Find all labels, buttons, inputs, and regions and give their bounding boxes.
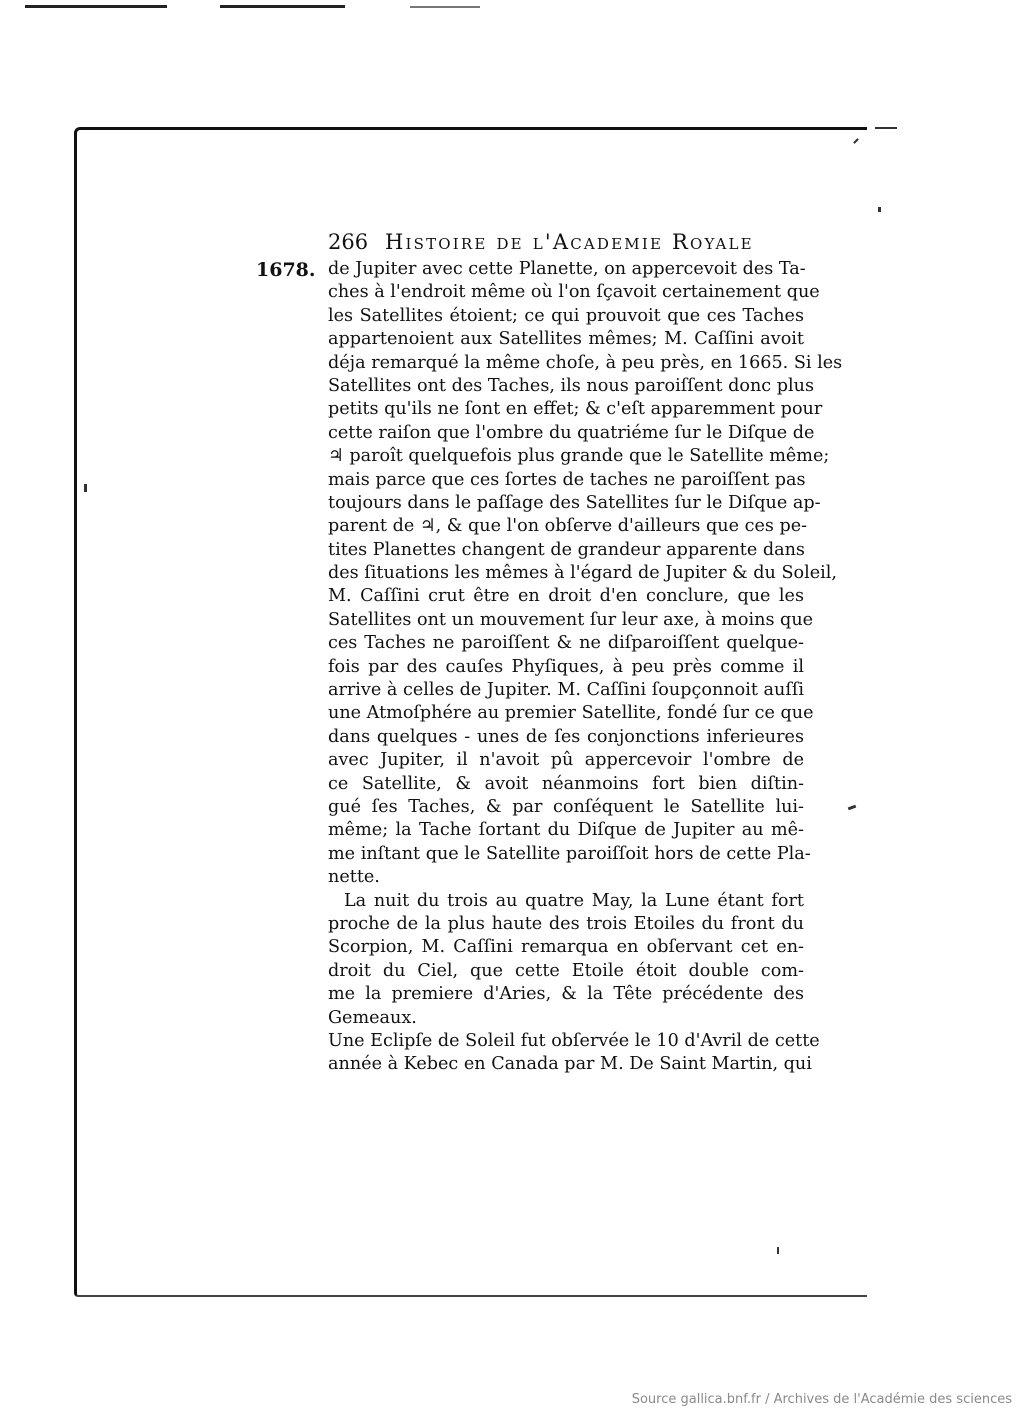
running-title: Histoire de l'Academie Royale [385,230,754,254]
text-line: me la premiere d'Aries, & la Tête précéd… [328,983,804,1006]
text-line: dans quelques - unes de ſes conjonctions… [328,726,804,749]
text-line: les Satellites étoient; ce qui prouvoit … [328,305,804,328]
scan-edge-rule [220,5,345,8]
page-number: 266 [328,230,368,254]
scan-speck [84,484,87,492]
paragraph-start-line: La nuit du trois au quatre May, la Lune … [328,890,804,913]
text-line: même; la Tache ſortant du Diſque de Jupi… [328,819,804,842]
text-line: arrive à celles de Jupiter. M. Caſſini ſ… [328,679,804,702]
text-line: parent de ♃, & que l'on obſerve d'ailleu… [328,515,804,538]
scan-edge-rule [25,5,167,8]
text-line: Satellites ont des Taches, ils nous paro… [328,375,804,398]
text-line: déja remarqué la même choſe, à peu près,… [328,352,804,375]
text-line: tites Planettes changent de grandeur app… [328,539,804,562]
text-line: une Atmoſphére au premier Satellite, fon… [328,702,804,725]
text-line: droit du Ciel, que cette Etoile étoit do… [328,960,804,983]
text-line: des ſituations les mêmes à l'égard de Ju… [328,562,804,585]
margin-year-note: 1678. [256,259,316,281]
source-credit: Source gallica.bnf.fr / Archives de l'Ac… [632,1392,1012,1407]
paragraph-end-line: nette. [328,866,804,889]
text-line: Satellites ont un mouvement ſur leur axe… [328,609,804,632]
text-line: appartenoient aux Satellites mêmes; M. C… [328,328,804,351]
text-line: mais parce que ces ſortes de taches ne p… [328,469,804,492]
text-line: année à Kebec en Canada par M. De Saint … [328,1053,804,1076]
text-line: avec Jupiter, il n'avoit pû appercevoir … [328,749,804,772]
body-text: de Jupiter avec cette Planette, on apper… [328,258,804,1077]
text-line: de Jupiter avec cette Planette, on apper… [328,258,804,281]
text-line: ches à l'endroit même où l'on ſçavoit ce… [328,281,804,304]
scan-speck [777,1247,779,1254]
scan-speck [878,207,881,212]
paragraph-start-line: Une Eclipſe de Soleil fut obſervée le 10… [328,1030,804,1053]
text-line: ce Satellite, & avoit néanmoins fort bie… [328,773,804,796]
text-line: M. Caſſini crut être en droit d'en concl… [328,585,804,608]
text-line: cette raiſon que l'ombre du quatriéme ſu… [328,422,804,445]
text-line: Scorpion, M. Caſſini remarqua en obſerva… [328,936,804,959]
text-line: ces Taches ne paroiſſent & ne diſparoiſſ… [328,632,804,655]
text-line: ♃ paroît quelquefois plus grande que le … [328,445,804,468]
text-line: fois par des cauſes Phyſiques, à peu prè… [328,656,804,679]
text-line: gué ſes Taches, & par conſéquent le Sate… [328,796,804,819]
paragraph-end-line: Gemeaux. [328,1007,804,1030]
text-line: proche de la plus haute des trois Etoile… [328,913,804,936]
text-line: petits qu'ils ne ſont en effet; & c'eſt … [328,398,804,421]
running-head: 266 Histoire de l'Academie Royale [328,230,798,254]
scan-edge-rule [410,6,480,8]
text-line: me inſtant que le Satellite paroiſſoit h… [328,843,804,866]
text-line: toujours dans le paſſage des Satellites … [328,492,804,515]
